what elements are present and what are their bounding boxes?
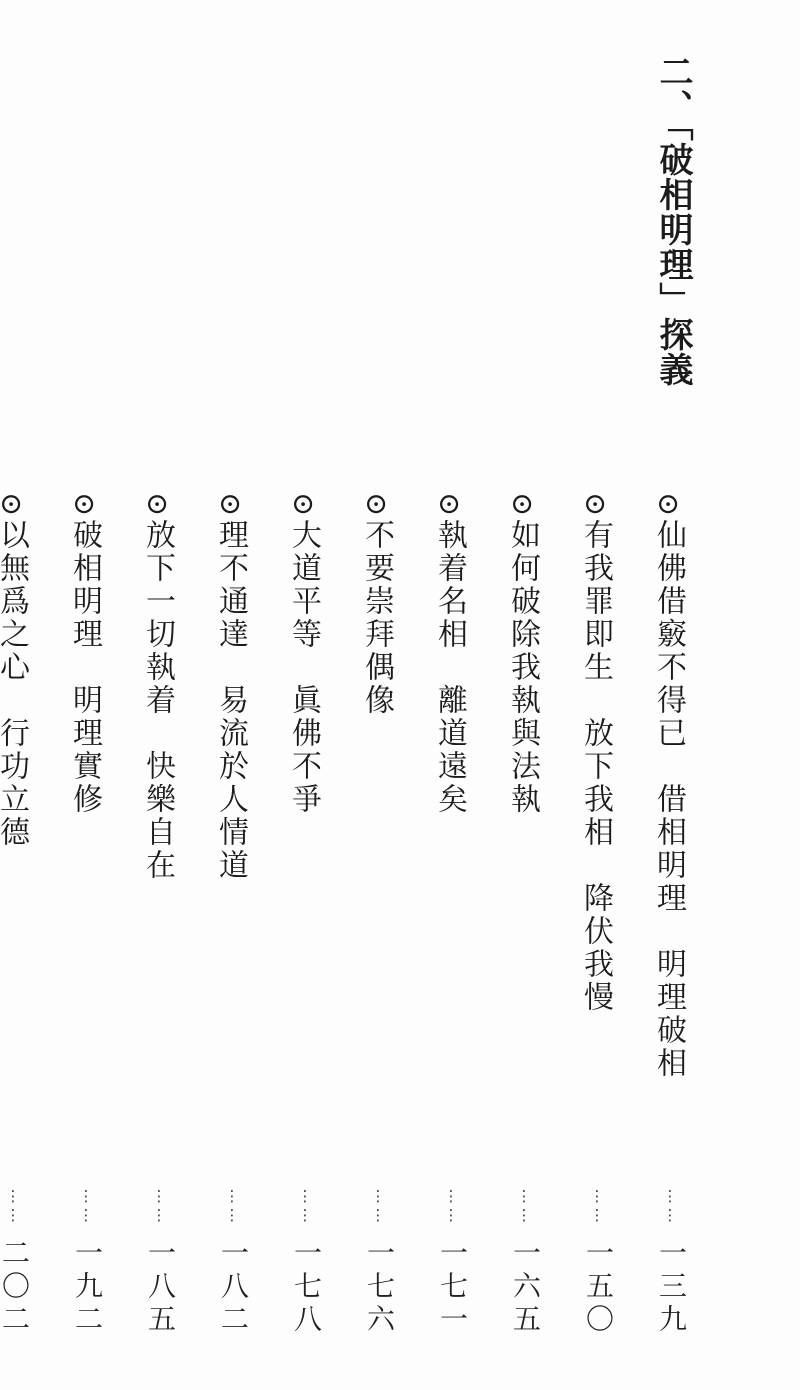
entry-page-block: ⋮⋮一六五 — [500, 1187, 544, 1337]
entry-title-line: ⊙放下一切執着 快樂自在 — [135, 492, 179, 882]
ellipsis-leader-icon: ⋮⋮ — [77, 1187, 95, 1225]
entry-title: 不要崇拜偶像 — [360, 519, 393, 717]
entry-title: 大道平等 眞佛不爭 — [287, 519, 320, 816]
entry-title-line: ⊙有我罪即生 放下我相 降伏我慢 — [573, 492, 617, 1014]
page-number: 一七八 — [285, 1238, 325, 1337]
toc-entry: ⊙理不通達 易流於人情道 ⋮⋮一八二 — [208, 492, 252, 1337]
entry-page-block: ⋮⋮一三九 — [646, 1187, 690, 1337]
entry-bullet-icon: ⊙ — [506, 492, 538, 519]
ellipsis-leader-icon: ⋮⋮ — [661, 1187, 679, 1225]
section-title: 二、「破相明理」探義 — [648, 54, 697, 387]
ellipsis-leader-icon: ⋮⋮ — [588, 1187, 606, 1225]
page-number: 一八二 — [212, 1238, 252, 1337]
entry-bullet-icon: ⊙ — [652, 492, 684, 519]
entry-title: 放下一切執着 快樂自在 — [141, 519, 174, 882]
ellipsis-leader-icon: ⋮⋮ — [150, 1187, 168, 1225]
ellipsis-leader-icon: ⋮⋮ — [442, 1187, 460, 1225]
entry-page-block: ⋮⋮一八二 — [208, 1187, 252, 1337]
ellipsis-leader-icon: ⋮⋮ — [4, 1187, 22, 1225]
page-number: 二〇二 — [0, 1238, 33, 1337]
entry-page-block: ⋮⋮一五〇 — [573, 1187, 617, 1337]
entry-bullet-icon: ⊙ — [214, 492, 246, 519]
toc-entry: ⊙仙佛借竅不得已 借相明理 明理破相 ⋮⋮一三九 — [646, 492, 690, 1337]
entry-bullet-icon: ⊙ — [0, 492, 27, 519]
entry-title-line: ⊙仙佛借竅不得已 借相明理 明理破相 — [646, 492, 690, 1080]
entry-title: 破相明理 明理實修 — [68, 519, 101, 816]
entry-page-block: ⋮⋮一七一 — [427, 1187, 471, 1337]
entry-bullet-icon: ⊙ — [287, 492, 319, 519]
entry-page-block: ⋮⋮一七八 — [281, 1187, 325, 1337]
entry-title-line: ⊙執着名相 離道遠矣 — [427, 492, 471, 816]
toc-entry: ⊙破相明理 明理實修 ⋮⋮一九二 — [62, 492, 106, 1337]
entry-title: 如何破除我執與法執 — [506, 519, 539, 816]
page-number: 一六五 — [504, 1238, 544, 1337]
entry-page-block: ⋮⋮一七六 — [354, 1187, 398, 1337]
entry-title-line: ⊙大道平等 眞佛不爭 — [281, 492, 325, 816]
entry-title: 以無爲之心 行功立德 — [0, 519, 28, 849]
toc-entry: ⊙以無爲之心 行功立德 ⋮⋮二〇二 — [0, 492, 33, 1337]
entry-bullet-icon: ⊙ — [360, 492, 392, 519]
entry-title: 仙佛借竅不得已 借相明理 明理破相 — [652, 519, 685, 1080]
entry-page-block: ⋮⋮二〇二 — [0, 1187, 33, 1337]
entry-title-line: ⊙破相明理 明理實修 — [62, 492, 106, 816]
ellipsis-leader-icon: ⋮⋮ — [296, 1187, 314, 1225]
page-number: 一九二 — [66, 1238, 106, 1337]
ellipsis-leader-icon: ⋮⋮ — [515, 1187, 533, 1225]
page-number: 一八五 — [139, 1238, 179, 1337]
entry-bullet-icon: ⊙ — [141, 492, 173, 519]
toc-entry: ⊙執着名相 離道遠矣 ⋮⋮一七一 — [427, 492, 471, 1337]
entry-title-line: ⊙以無爲之心 行功立德 — [0, 492, 33, 849]
ellipsis-leader-icon: ⋮⋮ — [369, 1187, 387, 1225]
entry-bullet-icon: ⊙ — [68, 492, 100, 519]
toc-entries: ⊙仙佛借竅不得已 借相明理 明理破相 ⋮⋮一三九 ⊙有我罪即生 放下我相 降伏我… — [0, 492, 690, 1337]
entry-title: 理不通達 易流於人情道 — [214, 519, 247, 882]
ellipsis-leader-icon: ⋮⋮ — [223, 1187, 241, 1225]
entry-title-line: ⊙理不通達 易流於人情道 — [208, 492, 252, 882]
toc-entry: ⊙如何破除我執與法執 ⋮⋮一六五 — [500, 492, 544, 1337]
entry-title-line: ⊙如何破除我執與法執 — [500, 492, 544, 816]
page-number: 一七六 — [358, 1238, 398, 1337]
entry-bullet-icon: ⊙ — [433, 492, 465, 519]
toc-entry: ⊙有我罪即生 放下我相 降伏我慢 ⋮⋮一五〇 — [573, 492, 617, 1337]
entry-page-block: ⋮⋮一九二 — [62, 1187, 106, 1337]
page-number: 一五〇 — [577, 1238, 617, 1337]
page-number: 一三九 — [650, 1238, 690, 1337]
entry-title: 有我罪即生 放下我相 降伏我慢 — [579, 519, 612, 1014]
entry-bullet-icon: ⊙ — [579, 492, 611, 519]
entry-title-line: ⊙不要崇拜偶像 — [354, 492, 398, 717]
entry-page-block: ⋮⋮一八五 — [135, 1187, 179, 1337]
entry-title: 執着名相 離道遠矣 — [433, 519, 466, 816]
toc-entry: ⊙大道平等 眞佛不爭 ⋮⋮一七八 — [281, 492, 325, 1337]
book-page: 二、「破相明理」探義 ⊙仙佛借竅不得已 借相明理 明理破相 ⋮⋮一三九 ⊙有我罪… — [0, 0, 800, 1390]
toc-entry: ⊙放下一切執着 快樂自在 ⋮⋮一八五 — [135, 492, 179, 1337]
toc-entry: ⊙不要崇拜偶像 ⋮⋮一七六 — [354, 492, 398, 1337]
page-number: 一七一 — [431, 1238, 471, 1337]
